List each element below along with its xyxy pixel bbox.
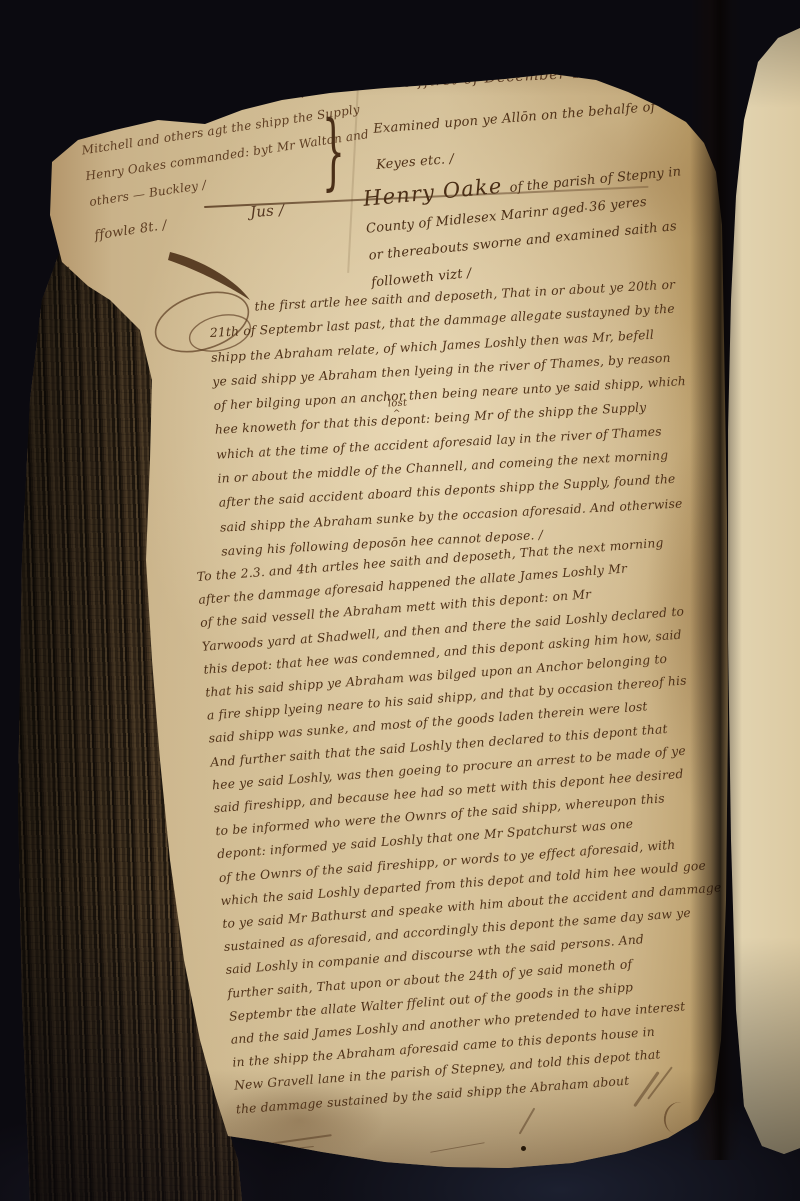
curly-brace: } — [322, 106, 345, 308]
folio-number: 12 — [58, 265, 72, 280]
ink-speck — [585, 208, 587, 210]
manuscript-page: The ffirst of December 1653:. The keeps … — [0, 0, 800, 1201]
manuscript-photo: The ffirst of December 1653:. The keeps … — [0, 0, 800, 1201]
ink-speck — [303, 1014, 305, 1016]
date-heading: The ffirst of December 1653:. — [382, 63, 623, 92]
pen-flourish — [661, 1099, 696, 1137]
interlinear-insertion: lost — [388, 398, 408, 410]
insertion-caret: ^ — [393, 409, 401, 419]
deposition-paragraph-2: To the 2.3. and 4th artles hee saith and… — [196, 529, 736, 1121]
pen-slash-mark — [519, 1108, 536, 1135]
ink-speck — [521, 1146, 526, 1151]
deposition-paragraph-1: the first artle hee saith and deposeth, … — [208, 272, 694, 564]
pen-scribble — [430, 1142, 484, 1153]
pen-scribble — [256, 1146, 314, 1153]
pen-scribble — [248, 1134, 331, 1147]
